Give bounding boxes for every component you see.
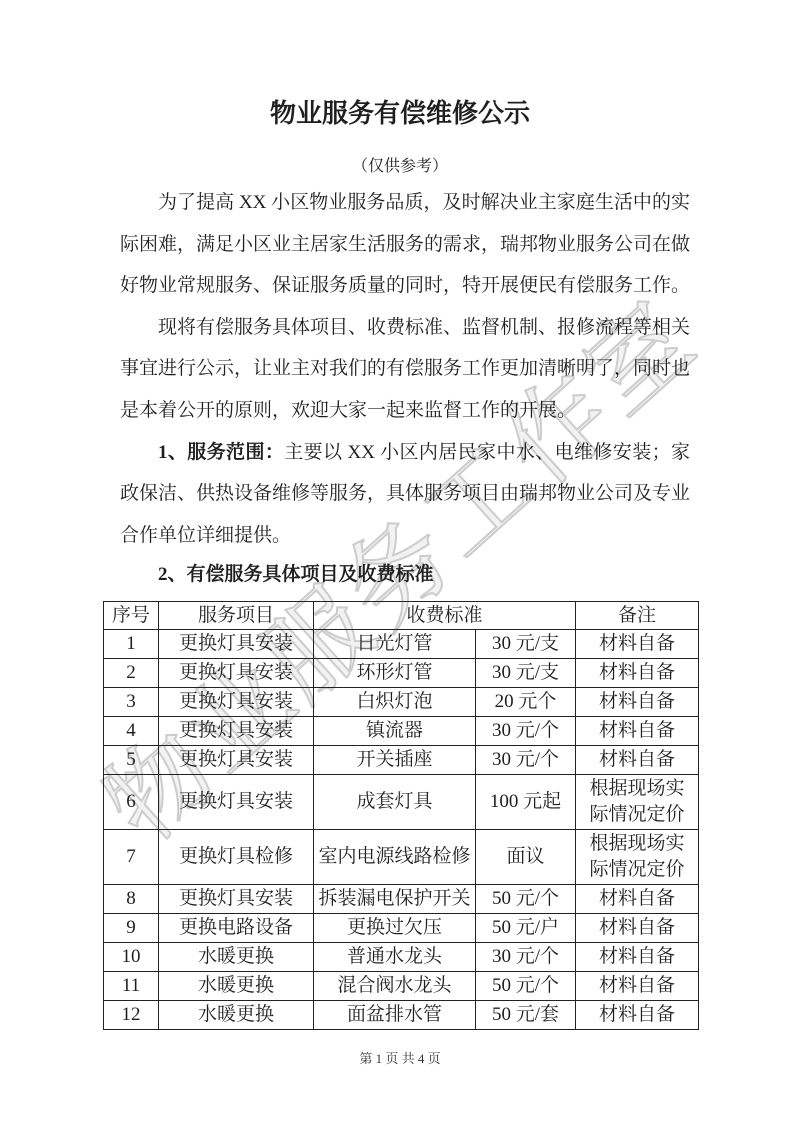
table-cell: 30 元/个 bbox=[476, 717, 576, 746]
table-cell: 材料自备 bbox=[576, 943, 699, 972]
table-cell: 8 bbox=[104, 885, 159, 914]
table-cell: 水暖更换 bbox=[159, 1001, 314, 1030]
table-cell: 根据现场实际情况定价 bbox=[576, 775, 699, 830]
table-row: 7更换灯具检修室内电源线路检修面议根据现场实际情况定价 bbox=[104, 830, 699, 885]
document-page: 物业服务工作室 物业服务有偿维修公示 （仅供参考） 为了提高 XX 小区物业服务… bbox=[0, 0, 800, 1131]
table-cell: 水暖更换 bbox=[159, 972, 314, 1001]
header-row: 序号 服务项目 收费标准 备注 bbox=[104, 602, 699, 630]
fee-table: 序号 服务项目 收费标准 备注 1更换灯具安装日光灯管30 元/支材料自备2更换… bbox=[103, 601, 699, 1030]
table-cell: 9 bbox=[104, 914, 159, 943]
table-cell: 50 元/个 bbox=[476, 972, 576, 1001]
paragraph-announcement: 现将有偿服务具体项目、收费标准、监督机制、报修流程等相关事宜进行公示，让业主对我… bbox=[120, 307, 690, 432]
table-cell: 日光灯管 bbox=[314, 630, 476, 659]
table-cell: 6 bbox=[104, 775, 159, 830]
table-row: 9更换电路设备更换过欠压50 元/户材料自备 bbox=[104, 914, 699, 943]
table-cell: 11 bbox=[104, 972, 159, 1001]
table-cell: 更换灯具安装 bbox=[159, 630, 314, 659]
service-scope-label: 1、服务范围： bbox=[158, 442, 284, 463]
table-cell: 白炽灯泡 bbox=[314, 688, 476, 717]
table-cell: 开关插座 bbox=[314, 746, 476, 775]
page-number-footer: 第 1 页 共 4 页 bbox=[0, 1048, 800, 1067]
table-cell: 5 bbox=[104, 746, 159, 775]
table-cell: 30 元/个 bbox=[476, 943, 576, 972]
header-cell-index: 序号 bbox=[104, 602, 159, 630]
table-row: 8更换灯具安装拆装漏电保护开关50 元/个材料自备 bbox=[104, 885, 699, 914]
table-cell: 30 元/支 bbox=[476, 659, 576, 688]
table-cell: 更换灯具安装 bbox=[159, 688, 314, 717]
table-cell: 更换灯具安装 bbox=[159, 885, 314, 914]
table-row: 1更换灯具安装日光灯管30 元/支材料自备 bbox=[104, 630, 699, 659]
table-cell: 材料自备 bbox=[576, 717, 699, 746]
table-cell: 拆装漏电保护开关 bbox=[314, 885, 476, 914]
table-row: 6更换灯具安装成套灯具100 元起根据现场实际情况定价 bbox=[104, 775, 699, 830]
table-cell: 材料自备 bbox=[576, 659, 699, 688]
table-cell: 环形灯管 bbox=[314, 659, 476, 688]
table-cell: 材料自备 bbox=[576, 885, 699, 914]
table-cell: 混合阀水龙头 bbox=[314, 972, 476, 1001]
table-row: 3更换灯具安装白炽灯泡20 元个材料自备 bbox=[104, 688, 699, 717]
page-title: 物业服务有偿维修公示 bbox=[0, 0, 800, 131]
table-cell: 更换灯具检修 bbox=[159, 830, 314, 885]
table-cell: 10 bbox=[104, 943, 159, 972]
header-cell-fee: 收费标准 bbox=[314, 602, 576, 630]
document-body: 物业服务有偿维修公示 （仅供参考） 为了提高 XX 小区物业服务品质，及时解决业… bbox=[0, 0, 800, 1030]
document-content: 为了提高 XX 小区物业服务品质，及时解决业主家庭生活中的实际困难，满足小区业主… bbox=[120, 182, 690, 1030]
table-cell: 3 bbox=[104, 688, 159, 717]
table-cell: 30 元/支 bbox=[476, 630, 576, 659]
table-row: 10水暖更换普通水龙头30 元/个材料自备 bbox=[104, 943, 699, 972]
header-cell-remark: 备注 bbox=[576, 602, 699, 630]
table-cell: 2 bbox=[104, 659, 159, 688]
table-cell: 更换灯具安装 bbox=[159, 717, 314, 746]
table-cell: 100 元起 bbox=[476, 775, 576, 830]
table-cell: 50 元/个 bbox=[476, 885, 576, 914]
paragraph-service-scope: 1、服务范围：主要以 XX 小区内居民家中水、电维修安装；家政保洁、供热设备维修… bbox=[120, 432, 690, 557]
fee-table-header: 序号 服务项目 收费标准 备注 bbox=[104, 602, 699, 630]
table-cell: 面盆排水管 bbox=[314, 1001, 476, 1030]
header-cell-service: 服务项目 bbox=[159, 602, 314, 630]
table-cell: 材料自备 bbox=[576, 630, 699, 659]
fee-table-body: 1更换灯具安装日光灯管30 元/支材料自备2更换灯具安装环形灯管30 元/支材料… bbox=[104, 630, 699, 1030]
table-cell: 水暖更换 bbox=[159, 943, 314, 972]
table-cell: 4 bbox=[104, 717, 159, 746]
table-cell: 更换灯具安装 bbox=[159, 746, 314, 775]
table-cell: 材料自备 bbox=[576, 972, 699, 1001]
paragraph-intro: 为了提高 XX 小区物业服务品质，及时解决业主家庭生活中的实际困难，满足小区业主… bbox=[120, 182, 690, 307]
table-cell: 20 元个 bbox=[476, 688, 576, 717]
table-cell: 50 元/户 bbox=[476, 914, 576, 943]
page-subtitle: （仅供参考） bbox=[0, 155, 800, 179]
table-cell: 更换电路设备 bbox=[159, 914, 314, 943]
table-cell: 1 bbox=[104, 630, 159, 659]
table-cell: 根据现场实际情况定价 bbox=[576, 830, 699, 885]
table-cell: 更换过欠压 bbox=[314, 914, 476, 943]
table-cell: 成套灯具 bbox=[314, 775, 476, 830]
table-cell: 12 bbox=[104, 1001, 159, 1030]
table-cell: 材料自备 bbox=[576, 914, 699, 943]
table-cell: 50 元/套 bbox=[476, 1001, 576, 1030]
table-cell: 更换灯具安装 bbox=[159, 775, 314, 830]
table-row: 5更换灯具安装开关插座30 元/个材料自备 bbox=[104, 746, 699, 775]
table-cell: 普通水龙头 bbox=[314, 943, 476, 972]
table-cell: 更换灯具安装 bbox=[159, 659, 314, 688]
table-cell: 材料自备 bbox=[576, 746, 699, 775]
table-cell: 材料自备 bbox=[576, 1001, 699, 1030]
table-row: 11水暖更换混合阀水龙头50 元/个材料自备 bbox=[104, 972, 699, 1001]
table-cell: 材料自备 bbox=[576, 688, 699, 717]
section-heading: 2、有偿服务具体项目及收费标准 bbox=[158, 559, 690, 591]
table-cell: 7 bbox=[104, 830, 159, 885]
table-row: 4更换灯具安装镇流器30 元/个材料自备 bbox=[104, 717, 699, 746]
table-cell: 镇流器 bbox=[314, 717, 476, 746]
table-row: 2更换灯具安装环形灯管30 元/支材料自备 bbox=[104, 659, 699, 688]
table-cell: 30 元/个 bbox=[476, 746, 576, 775]
table-row: 12水暖更换面盆排水管50 元/套材料自备 bbox=[104, 1001, 699, 1030]
table-cell: 面议 bbox=[476, 830, 576, 885]
table-cell: 室内电源线路检修 bbox=[314, 830, 476, 885]
